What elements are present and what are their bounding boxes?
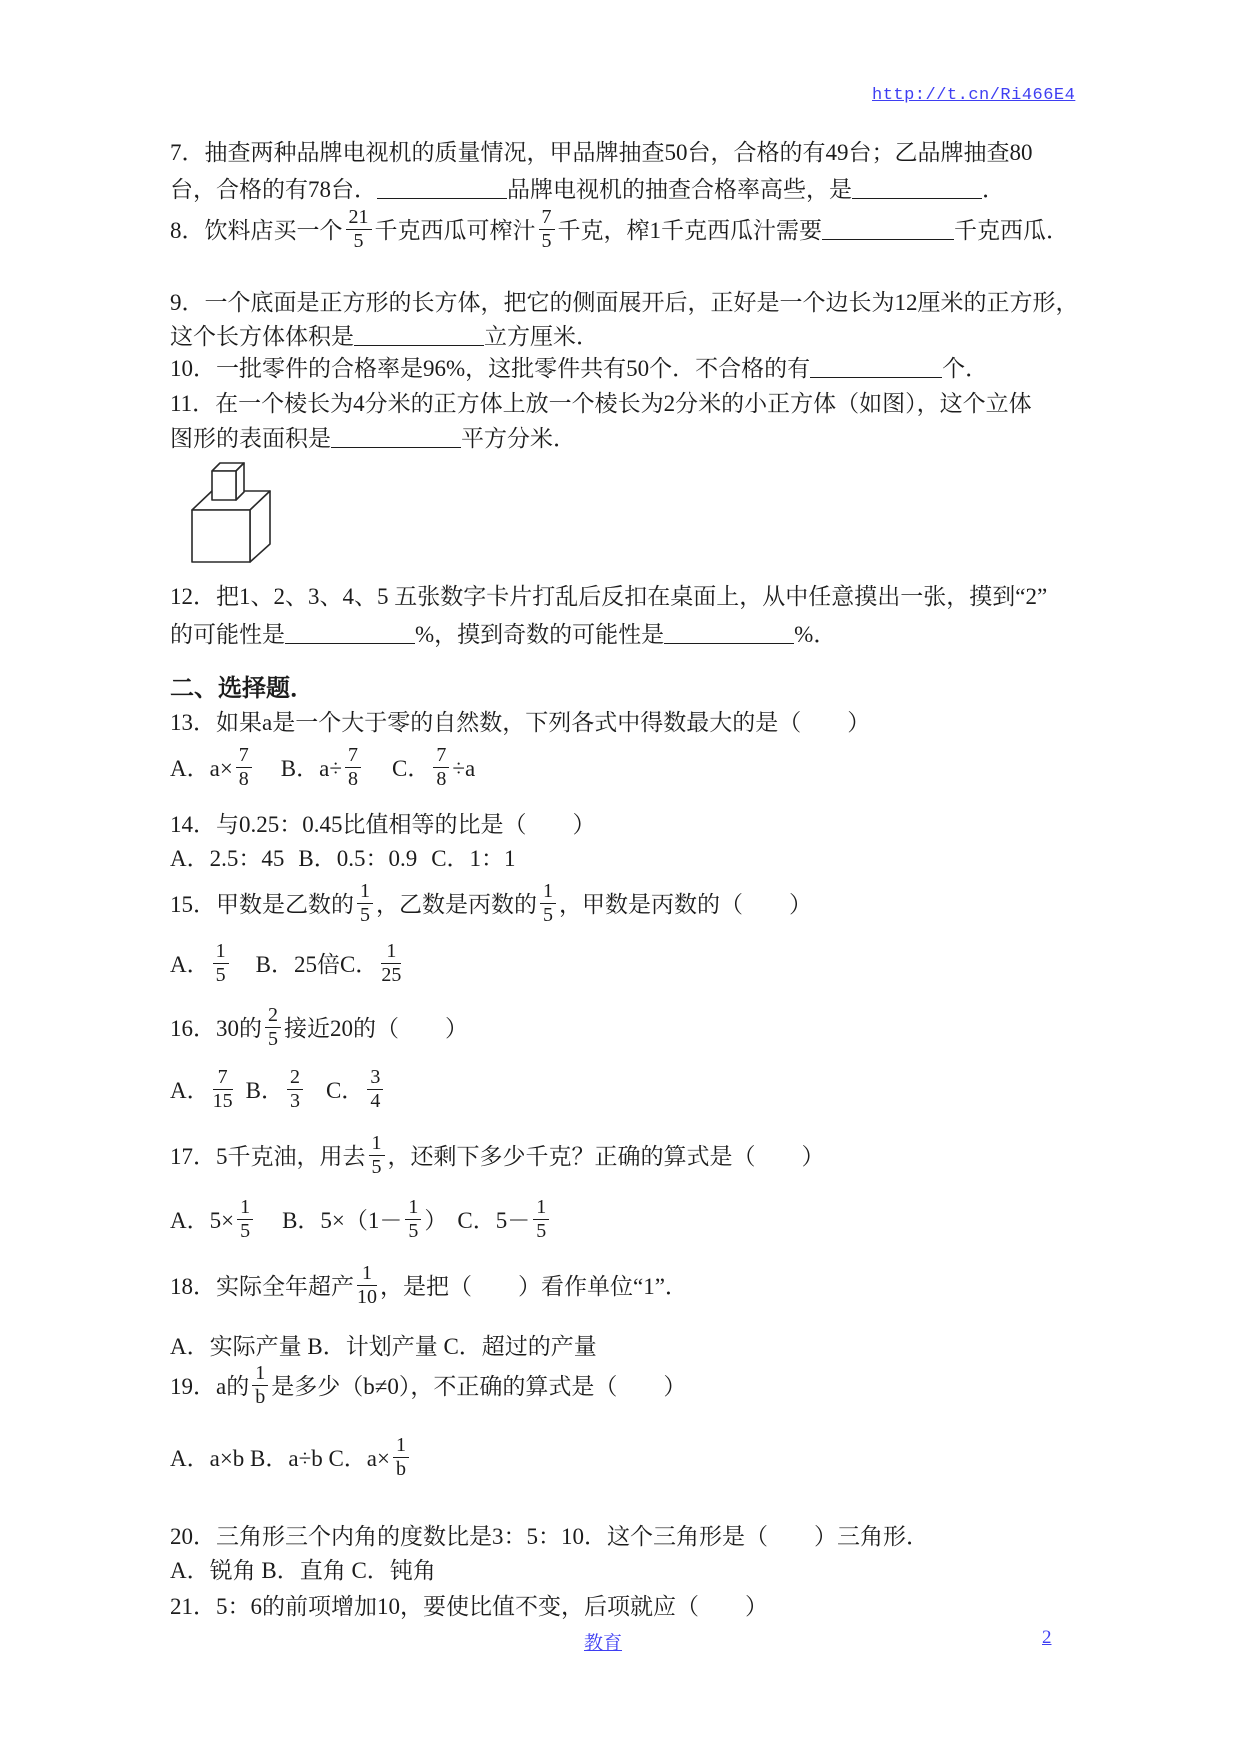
fraction-numerator: 1 [357, 881, 373, 904]
fraction-denominator: 8 [345, 768, 361, 790]
question-20: 20．三角形三个内角的度数比是3：5：10．这个三角形是（ ）三角形． [170, 1520, 929, 1554]
footer-page-number-link[interactable]: 2 [1042, 1627, 1052, 1649]
text-run: 台，合格的有78台． [170, 177, 377, 202]
fraction: 1b [252, 1363, 268, 1408]
fraction: 15 [540, 881, 556, 926]
question-13: 13．如果a是一个大于零的自然数，下列各式中得数最大的是（ ） [170, 706, 870, 740]
fraction: 23 [287, 1067, 303, 1112]
fraction: 15 [405, 1197, 421, 1242]
fraction-denominator: 5 [539, 230, 555, 252]
fraction-denominator: 5 [533, 1220, 549, 1242]
fraction-denominator: 25 [381, 964, 401, 986]
answer-blank [664, 640, 794, 644]
fraction: 15 [237, 1197, 253, 1242]
fraction-denominator: 8 [433, 768, 449, 790]
exam-page: http://t.cn/Ri466E4 7．抽查两种品牌电视机的质量情况，甲品牌… [0, 0, 1241, 1754]
question-10: 10．一批零件的合格率是96%，这批零件共有50个．不合格的有个． [170, 352, 988, 386]
text-run: 是多少（b≠0），不正确的算式是（ ） [271, 1374, 686, 1399]
fraction-numerator: 1 [213, 941, 229, 964]
text-run: 17．5千克油，用去 [170, 1144, 366, 1169]
text-run: ） [424, 1208, 447, 1233]
text-run: 千克西瓜可榨汁 [375, 218, 536, 243]
question-7: 7．抽查两种品牌电视机的质量情况，甲品牌抽查50台，合格的有49台；乙品牌抽查8… [170, 134, 1033, 208]
fraction-denominator: 3 [287, 1090, 303, 1112]
text-run: A．2.5：45 [170, 846, 284, 871]
fraction-numerator: 1 [393, 1435, 409, 1458]
text-run: 个． [942, 356, 988, 381]
text-run: 15．甲数是乙数的 [170, 892, 354, 917]
text-run: 这个长方体体积是 [170, 324, 354, 349]
answer-blank [810, 374, 942, 378]
fraction-numerator: 1 [369, 1133, 385, 1156]
text-run: 19．a的 [170, 1374, 249, 1399]
fraction-denominator: 5 [213, 964, 229, 986]
question-18: 18．实际全年超产110，是把（ ）看作单位“1”． [170, 1258, 688, 1316]
fraction-denominator: b [393, 1458, 409, 1480]
fraction-numerator: 1 [533, 1197, 549, 1220]
fraction: 215 [346, 207, 372, 252]
question-16: 16．30的25接近20的（ ） [170, 1000, 468, 1058]
fraction: 25 [265, 1005, 281, 1050]
fraction: 110 [357, 1263, 377, 1308]
text-run: 11．在一个棱长为4分米的正方体上放一个棱长为2分米的小正方体（如图），这个立体 [170, 391, 1032, 416]
fraction: 15 [369, 1133, 385, 1178]
text-run: C． [392, 756, 430, 781]
fraction-denominator: b [252, 1386, 268, 1408]
question-19: 19．a的1b是多少（b≠0），不正确的算式是（ ） [170, 1358, 686, 1416]
fraction-denominator: 5 [540, 904, 556, 926]
text-run: %． [794, 622, 836, 647]
text-run: A．实际产量 B．计划产量 C．超过的产量 [170, 1334, 597, 1359]
text-run: 14．与0.25：0.45比值相等的比是（ ） [170, 812, 596, 837]
fraction-numerator: 7 [345, 745, 361, 768]
text-run: C．5－ [457, 1208, 530, 1233]
text-run: ． [982, 177, 1005, 202]
fraction-denominator: 10 [357, 1286, 377, 1308]
fraction-numerator: 1 [405, 1197, 421, 1220]
fraction-numerator: 7 [236, 745, 252, 768]
text-run: 千克，榨1千克西瓜汁需要 [558, 218, 823, 243]
text-run: 7．抽查两种品牌电视机的质量情况，甲品牌抽查50台，合格的有49台；乙品牌抽查8… [170, 140, 1033, 165]
fraction: 1b [393, 1435, 409, 1480]
question-16-options: A．715B．23C．34 [170, 1062, 386, 1120]
text-run: 16．30的 [170, 1016, 262, 1041]
text-run: 的可能性是 [170, 622, 285, 647]
question-12: 12．把1、2、3、4、5 五张数字卡片打乱后反扣在桌面上，从中任意摸出一张，摸… [170, 578, 1047, 654]
question-11: 11．在一个棱长为4分米的正方体上放一个棱长为2分米的小正方体（如图），这个立体… [170, 386, 1032, 456]
text-run: B． [246, 1078, 284, 1103]
fraction: 78 [236, 745, 252, 790]
text-run: ，乙数是丙数的 [376, 892, 537, 917]
fraction-numerator: 1 [540, 881, 556, 904]
fraction-denominator: 5 [346, 230, 372, 252]
text-run: A． [170, 1078, 210, 1103]
answer-blank [852, 195, 982, 199]
text-run: C． [326, 1078, 364, 1103]
fraction: 15 [213, 941, 229, 986]
text-run: B．0.5：0.9 [298, 846, 417, 871]
answer-blank [354, 342, 484, 346]
small-cube-front-face [212, 471, 236, 500]
text-run: 9．一个底面是正方形的长方体，把它的侧面展开后，正好是一个边长为12厘米的正方形… [170, 290, 1079, 315]
fraction-denominator: 15 [213, 1090, 233, 1112]
text-run: 12．把1、2、3、4、5 五张数字卡片打乱后反扣在桌面上，从中任意摸出一张，摸… [170, 584, 1047, 609]
footer-site-link[interactable]: 教育 [584, 1628, 622, 1655]
answer-blank [285, 640, 415, 644]
text-run: %，摸到奇数的可能性是 [415, 622, 664, 647]
fraction-numerator: 3 [367, 1067, 383, 1090]
fraction-denominator: 8 [236, 768, 252, 790]
fraction-numerator: 7 [213, 1067, 233, 1090]
question-15: 15．甲数是乙数的15，乙数是丙数的15，甲数是丙数的（ ） [170, 876, 812, 934]
text-run: A．锐角 B．直角 C．钝角 [170, 1558, 436, 1583]
fraction: 78 [433, 745, 449, 790]
text-run: 平方分米． [461, 426, 576, 451]
fraction: 34 [367, 1067, 383, 1112]
question-8: 8．饮料店买一个215千克西瓜可榨汁75千克，榨1千克西瓜汁需要千克西瓜． [170, 202, 1069, 260]
section-2-title: 二、选择题． [170, 668, 314, 703]
fraction: 125 [381, 941, 401, 986]
cube-figure [186, 452, 274, 564]
text-run: B．a÷ [281, 756, 342, 781]
text-run: 品牌电视机的抽查合格率高些，是 [507, 177, 852, 202]
text-run: 13．如果a是一个大于零的自然数，下列各式中得数最大的是（ ） [170, 710, 870, 735]
question-17: 17．5千克油，用去15，还剩下多少千克？正确的算式是（ ） [170, 1128, 825, 1186]
fraction-numerator: 2 [265, 1005, 281, 1028]
fraction: 75 [539, 207, 555, 252]
text-run: A．a× [170, 756, 233, 781]
text-run: 千克西瓜． [954, 218, 1069, 243]
text-run: B．5×（1－ [282, 1208, 402, 1233]
question-15-options: A．15B．25倍C．125 [170, 936, 404, 994]
fraction-numerator: 1 [252, 1363, 268, 1386]
question-21: 21．5：6的前项增加10，要使比值不变，后项就应（ ） [170, 1590, 768, 1624]
text-run: ，还剩下多少千克？正确的算式是（ ） [388, 1144, 825, 1169]
question-17-options: A．5×15B．5×（1－15）C．5－15 [170, 1192, 552, 1250]
fraction-numerator: 7 [433, 745, 449, 768]
fraction-denominator: 5 [237, 1220, 253, 1242]
fraction: 15 [357, 881, 373, 926]
header-url-link[interactable]: http://t.cn/Ri466E4 [872, 86, 1075, 105]
question-14-options: A．2.5：45B．0.5：0.9C．1：1 [170, 842, 516, 876]
fraction: 78 [345, 745, 361, 790]
fraction-denominator: 5 [369, 1156, 385, 1178]
text-run: A． [170, 952, 210, 977]
text-run: ，甲数是丙数的（ ） [559, 892, 812, 917]
answer-blank [331, 444, 461, 448]
answer-blank [377, 195, 507, 199]
fraction-numerator: 21 [346, 207, 372, 230]
text-run: 21．5：6的前项增加10，要使比值不变，后项就应（ ） [170, 1594, 768, 1619]
text-run: A．a×b B．a÷b C．a× [170, 1446, 390, 1471]
text-run: A．5× [170, 1208, 234, 1233]
text-run: 20．三角形三个内角的度数比是3：5：10．这个三角形是（ ）三角形． [170, 1524, 929, 1549]
text-run: 8．饮料店买一个 [170, 218, 343, 243]
text-run: ÷a [452, 756, 475, 781]
text-run: B．25倍C． [256, 952, 379, 977]
fraction-denominator: 4 [367, 1090, 383, 1112]
text-run: C．1：1 [431, 846, 515, 871]
text-run: 立方厘米． [484, 324, 599, 349]
fraction-numerator: 2 [287, 1067, 303, 1090]
fraction-denominator: 5 [265, 1028, 281, 1050]
question-19-options: A．a×b B．a÷b C．a×1b [170, 1430, 412, 1488]
fraction-numerator: 1 [381, 941, 401, 964]
fraction-numerator: 1 [237, 1197, 253, 1220]
text-run: 接近20的（ ） [284, 1016, 468, 1041]
question-14: 14．与0.25：0.45比值相等的比是（ ） [170, 808, 596, 842]
text-run: 图形的表面积是 [170, 426, 331, 451]
text-run: 18．实际全年超产 [170, 1274, 354, 1299]
fraction-numerator: 7 [539, 207, 555, 230]
fraction-denominator: 5 [405, 1220, 421, 1242]
fraction: 15 [533, 1197, 549, 1242]
fraction: 715 [213, 1067, 233, 1112]
question-20-options: A．锐角 B．直角 C．钝角 [170, 1554, 436, 1588]
text-run: 10．一批零件的合格率是96%，这批零件共有50个．不合格的有 [170, 356, 810, 381]
text-run: ，是把（ ）看作单位“1”． [380, 1274, 688, 1299]
question-13-options: A．a×78B．a÷78C．78÷a [170, 740, 475, 798]
fraction-denominator: 5 [357, 904, 373, 926]
question-9: 9．一个底面是正方形的长方体，把它的侧面展开后，正好是一个边长为12厘米的正方形… [170, 286, 1079, 354]
big-cube-front-face [192, 510, 250, 562]
fraction-numerator: 1 [357, 1263, 377, 1286]
answer-blank [822, 236, 954, 240]
